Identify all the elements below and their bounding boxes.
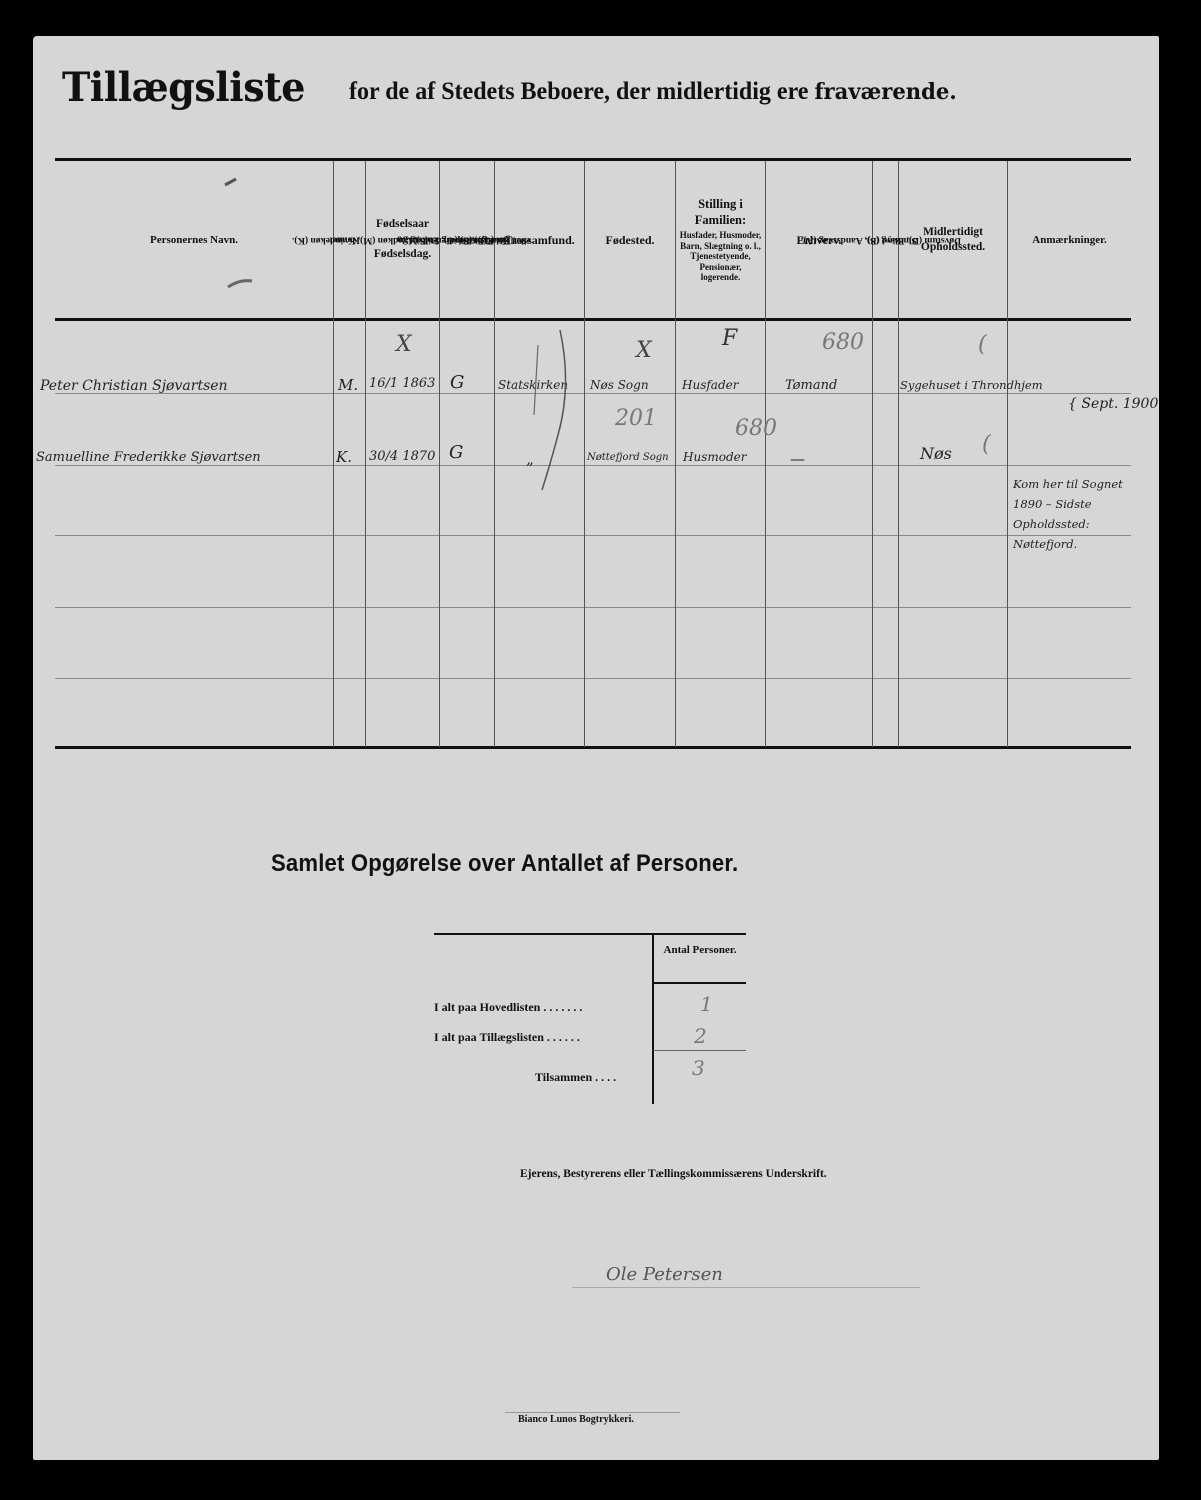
title-subtitle: for de af Stedets Beboere, der midlertid…: [349, 78, 957, 106]
cell-occupation: —: [790, 450, 805, 468]
cell-birth: 30/4 1870: [369, 449, 435, 464]
cell-remarks: { Sept. 1900: [1068, 396, 1158, 412]
summary-value-main: 1: [700, 992, 713, 1016]
cell-temp-residence: Sygehuset i Throndhjem: [900, 378, 1043, 392]
cell-occupation: Tømand: [785, 378, 837, 393]
cell-name: Samuelline Frederikke Sjøvartsen: [36, 450, 261, 465]
annotation-residence-mark: (: [978, 332, 987, 357]
header-remarks: Anmærkninger.: [1008, 161, 1131, 318]
annotation-birthplace-mark: X: [636, 338, 652, 363]
cell-marital: G: [449, 442, 463, 463]
cell-family: Husfader: [682, 378, 738, 392]
cell-remarks: Kom her til Sognet 1890 – Sidste Opholds…: [1013, 474, 1133, 554]
row-rule: [55, 607, 1131, 608]
row-rule: [55, 535, 1131, 536]
annotation-occupation-code: 680: [822, 330, 864, 355]
signature-value: Ole Petersen: [606, 1264, 723, 1285]
summary-label-supplement: I alt paa Tillægslisten . . . . . .: [434, 1030, 580, 1045]
annotation-residence-mark: (: [982, 432, 991, 457]
summary-top-rule: [434, 933, 746, 935]
summary-header: Antal Personer.: [654, 943, 746, 958]
summary-label-total: Tilsammen . . . .: [535, 1070, 616, 1085]
header-bottom-rule: [55, 318, 1131, 321]
header-faith: Trossamfund.: [495, 161, 584, 318]
printer-rule: [505, 1412, 680, 1413]
annotation-birthplace-code: 201: [615, 406, 657, 431]
cell-sex: K.: [336, 448, 352, 466]
title-main: Tillægsliste: [62, 64, 305, 111]
cell-birth: 16/1 1863: [369, 376, 435, 391]
annotation-birth-mark: X: [396, 332, 412, 357]
title-emphasis: fraværende.: [814, 79, 956, 105]
summary-sum-rule: [653, 1050, 746, 1051]
summary-label-main: I alt paa Hovedlisten . . . . . . .: [434, 1000, 582, 1015]
header-disability: Døvstum (D), Blind (B), Aandssvag (A),Si…: [873, 161, 898, 318]
summary-header-rule: [653, 982, 746, 984]
cell-birthplace: Nøs Sogn: [590, 378, 649, 392]
row-rule: [55, 678, 1131, 679]
annotation-family-mark: F: [722, 326, 737, 351]
signature-label: Ejerens, Bestyrerens eller Tællingskommi…: [520, 1168, 827, 1180]
faith-bracket-mark: [520, 325, 570, 495]
printer-imprint: Bianco Lunos Bogtrykkeri.: [518, 1414, 634, 1425]
annotation-family-code: 680: [735, 416, 777, 441]
header-marital: Ægteskabelig Stilling.Ugift (U), Gift (G…: [440, 161, 494, 318]
pencil-smudge-mark: [220, 175, 260, 295]
summary-title: Samlet Opgørelse over Antallet af Person…: [271, 850, 738, 878]
summary-value-supplement: 2: [694, 1024, 707, 1048]
table-bottom-rule: [55, 746, 1131, 749]
cell-name: Peter Christian Sjøvartsen: [40, 378, 228, 394]
summary-divider: [652, 934, 654, 1104]
cell-marital: G: [450, 372, 464, 393]
row-rule: [55, 465, 1131, 466]
signature-line: [572, 1287, 920, 1288]
form-title: Tillægsliste for de af Stedets Beboere, …: [62, 64, 318, 111]
cell-sex: M.: [338, 376, 358, 394]
summary-value-total: 3: [692, 1056, 705, 1080]
header-family: Stilling i Familien: Husfader, Husmoder,…: [676, 161, 765, 318]
header-temp-residence: Midlertidigt Opholdssted.: [899, 161, 1007, 318]
header-sex: KønnetMandkøn (M), Kvindekøn (K).: [334, 161, 365, 318]
cell-temp-residence: Nøs: [920, 444, 952, 463]
cell-family: Husmoder: [683, 450, 746, 464]
cell-birthplace: Nøttefjord Sogn: [587, 452, 669, 463]
header-birthplace: Fødested.: [585, 161, 675, 318]
